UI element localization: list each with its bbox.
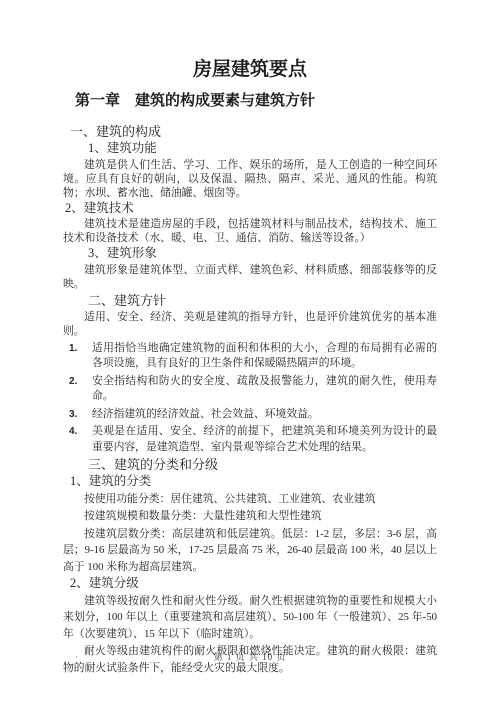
chapter-heading: 第一章 建筑的构成要素与建筑方针 — [63, 92, 437, 111]
list-item: 2. 安全指结构和防火的安全度、疏散及报警能力，建筑的耐久性，使用寿命。 — [63, 374, 437, 405]
guideline-list: 1. 适用指恰当地确定建筑物的面积和体积的大小，合理的布局拥有必需的各项设施，具… — [63, 341, 437, 456]
list-item-text: 安全指结构和防火的安全度、疏散及报警能力，建筑的耐久性，使用寿命。 — [92, 374, 437, 405]
classification-by-function: 按使用功能分类：居住建筑、公共建筑、工业建筑、农业建筑 — [63, 491, 437, 508]
list-item: 4. 美观是在适用、安全、经济的前提下，把建筑美和环境美列为设计的最重要内容，是… — [63, 424, 437, 455]
list-item: 1. 适用指恰当地确定建筑物的面积和体积的大小，合理的布局拥有必需的各项设施，具… — [63, 341, 437, 372]
section-1-3-heading: 3、建筑形象 — [63, 246, 437, 262]
page-number-indicator: 第 1 页 共 10 页 — [63, 650, 437, 664]
section-3-2-heading: 2、建筑分级 — [63, 576, 437, 592]
section-1-1-heading: 1、建筑功能 — [63, 141, 437, 157]
list-item-number: 2. — [69, 374, 92, 405]
page-footer: · 第 1 页 共 10 页 — [63, 650, 437, 664]
section-2-heading: 二、建筑方针 — [63, 293, 437, 309]
classification-by-storeys: 按建筑层数分类：高层建筑和低层建筑。低层：1-2 层，多层：3-6 层，高层；9… — [63, 526, 437, 576]
list-item-text: 经济指建筑的经济效益、社会效益、环境效益。 — [92, 407, 437, 423]
list-item-number: 4. — [69, 424, 92, 455]
list-item-number: 3. — [69, 407, 92, 423]
list-item-number: 1. — [69, 341, 92, 372]
section-1-2-heading: 2、建筑技术 — [63, 201, 437, 217]
section-1-1-paragraph: 建筑是供人们生活、学习、工作、娱乐的场所，是人工创造的一种空间环境。应具有良好的… — [63, 158, 437, 200]
section-3-heading: 三、建筑的分类和分级 — [63, 457, 437, 473]
list-item-text: 美观是在适用、安全、经济的前提下，把建筑美和环境美列为设计的最重要内容，是建筑造… — [92, 424, 437, 455]
footer-mark: · — [75, 650, 78, 664]
section-1-2-paragraph: 建筑技术是建造房屋的手段，包括建筑材料与制品技术，结构技术、施工技术和设备技术（… — [63, 217, 437, 245]
section-3: 三、建筑的分类和分级 1、建筑的分类 按使用功能分类：居住建筑、公共建筑、工业建… — [63, 457, 437, 676]
list-item: 3. 经济指建筑的经济效益、社会效益、环境效益。 — [63, 407, 437, 423]
classification-by-scale: 按建筑规模和数量分类：大量性建筑和大型性建筑 — [63, 508, 437, 525]
document-page: 房屋建筑要点 第一章 建筑的构成要素与建筑方针 一、建筑的构成 1、建筑功能 建… — [0, 0, 500, 707]
section-2-intro-paragraph: 适用、安全、经济、美观是建筑的指导方针，也是评价建筑优劣的基本准则。 — [63, 310, 437, 338]
section-1-heading: 一、建筑的构成 — [63, 124, 437, 140]
section-1-3-paragraph: 建筑形象是建筑体型、立面式样、建筑色彩、材料质感、细部装修等的反映。 — [63, 263, 437, 291]
section-3-1-heading: 1、建筑的分类 — [63, 474, 437, 490]
document-title: 房屋建筑要点 — [63, 58, 437, 81]
grading-durability-paragraph: 建筑等级按耐久性和耐火性分级。耐久性根据建筑物的重要性和规模大小来划分，100 … — [63, 593, 437, 643]
list-item-text: 适用指恰当地确定建筑物的面积和体积的大小，合理的布局拥有必需的各项设施，具有良好… — [92, 341, 437, 372]
